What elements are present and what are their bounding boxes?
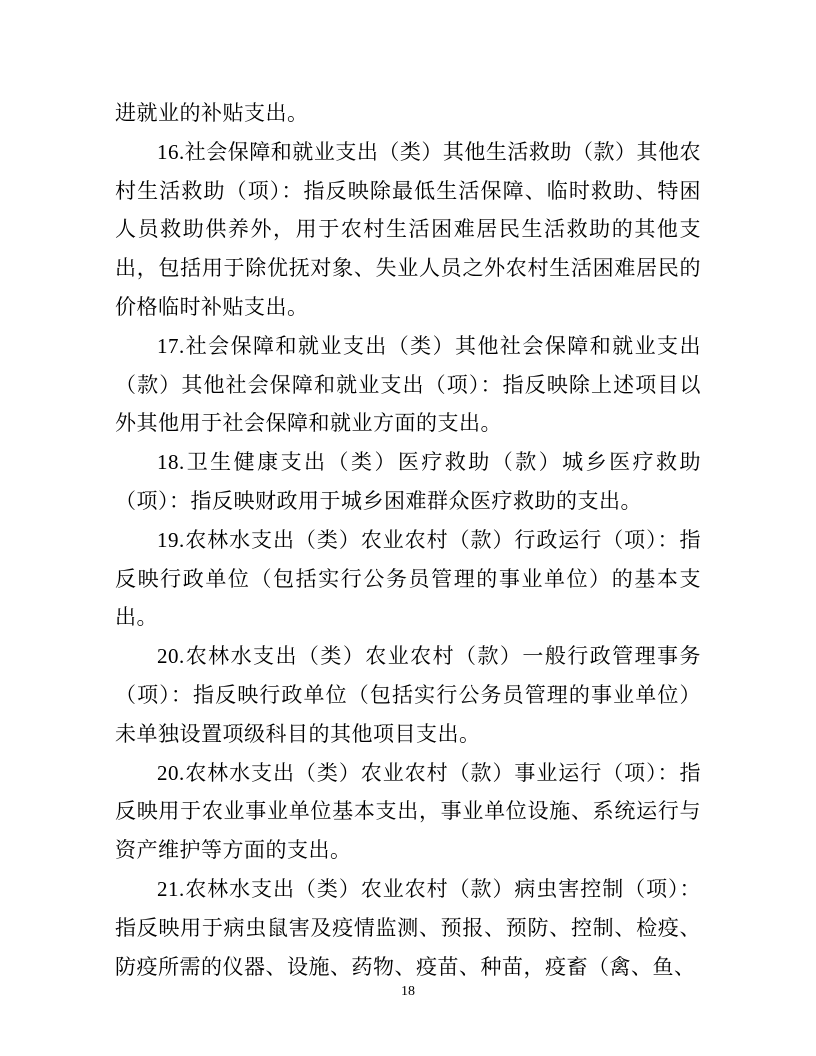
paragraph: 17.社会保障和就业支出（类）其他社会保障和就业支出（款）其他社会保障和就业支出… xyxy=(115,327,701,443)
document-page: 进就业的补贴支出。16.社会保障和就业支出（类）其他生活救助（款）其他农村生活救… xyxy=(0,0,816,1056)
paragraph: 21.农林水支出（类）农业农村（款）病虫害控制（项）：指反映用于病虫鼠害及疫情监… xyxy=(115,870,701,986)
document-body: 进就业的补贴支出。16.社会保障和就业支出（类）其他生活救助（款）其他农村生活救… xyxy=(115,94,701,986)
paragraph: 16.社会保障和就业支出（类）其他生活救助（款）其他农村生活救助（项）：指反映除… xyxy=(115,133,701,327)
paragraph: 20.农林水支出（类）农业农村（款）一般行政管理事务（项）：指反映行政单位（包括… xyxy=(115,637,701,753)
paragraph: 19.农林水支出（类）农业农村（款）行政运行（项）：指反映行政单位（包括实行公务… xyxy=(115,521,701,637)
paragraph: 进就业的补贴支出。 xyxy=(115,94,701,133)
paragraph: 18.卫生健康支出（类）医疗救助（款）城乡医疗救助（项）：指反映财政用于城乡困难… xyxy=(115,443,701,521)
paragraph: 20.农林水支出（类）农业农村（款）事业运行（项）：指反映用于农业事业单位基本支… xyxy=(115,754,701,870)
page-number: 18 xyxy=(0,984,816,1000)
